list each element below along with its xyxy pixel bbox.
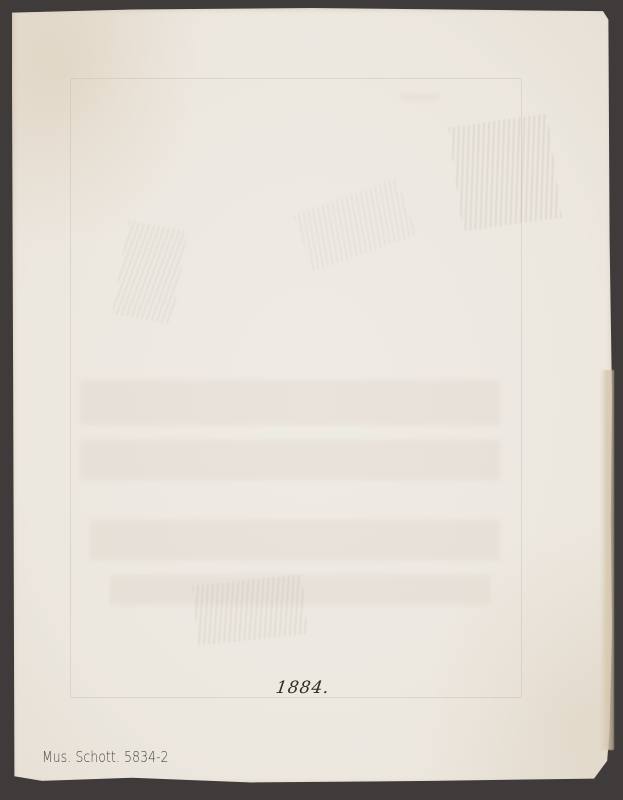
- ink-offset-smudge: [192, 574, 308, 645]
- ink-offset-smudge: [448, 114, 562, 232]
- show-through-staff: [90, 520, 500, 560]
- library-shelfmark: Mus. Schott. 5834-2: [42, 748, 169, 766]
- show-through-staff: [80, 440, 500, 480]
- plate-number: 1884.: [275, 678, 331, 698]
- show-through-mark: [400, 94, 440, 100]
- show-through-staff: [80, 380, 500, 425]
- paper-torn-edge: [600, 370, 614, 750]
